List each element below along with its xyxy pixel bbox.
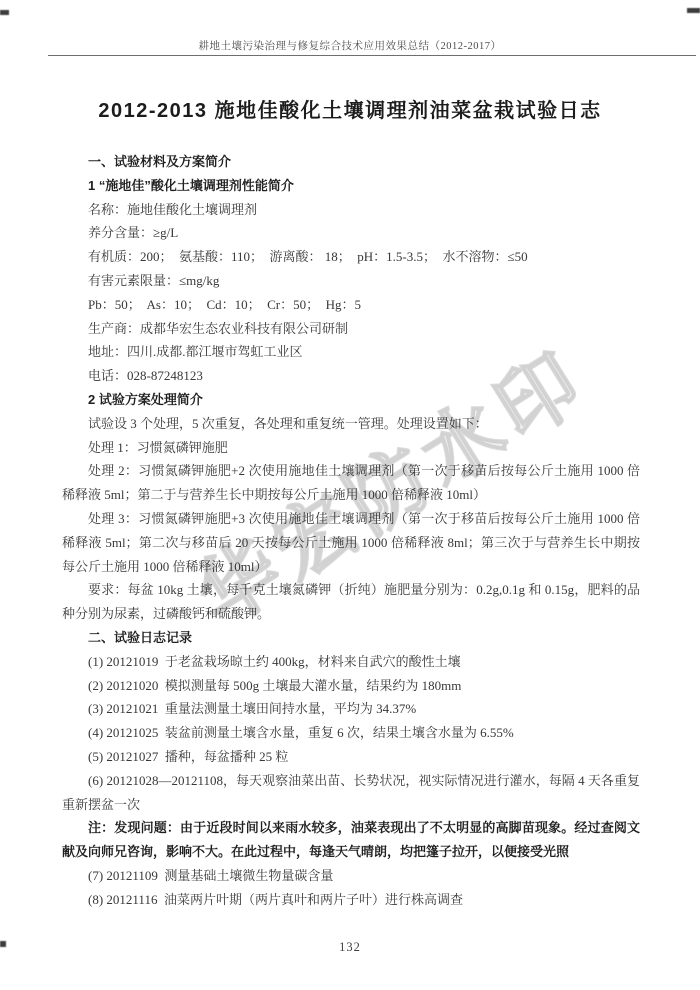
body-line-name: 名称：施地佳酸化土壤调理剂: [62, 198, 640, 222]
scan-artifact-top-right: [687, 8, 700, 13]
body-line-manufacturer: 生产商：成都华宏生态农业科技有限公司研制: [62, 317, 640, 341]
body-line-harmful-limit: 有害元素限量：≤mg/kg: [62, 269, 640, 293]
section-heading-log: 二、试验日志记录: [62, 626, 640, 650]
body-line-phone: 电话：028-87248123: [62, 364, 640, 388]
note-paragraph: 注：发现问题：由于近段时间以来雨水较多，油菜表现出了不太明显的高脚苗现象。经过查…: [62, 816, 640, 864]
plan-line-treatment-3: 处理 3：习惯氮磷钾施肥+3 次使用施地佳土壤调理剂（第一次于移苗后按每公斤土施…: [62, 507, 640, 578]
section-heading-materials: 一、试验材料及方案简介: [62, 150, 640, 174]
plan-line-overview: 试验设 3 个处理，5 次重复，各处理和重复统一管理。处理设置如下：: [62, 412, 640, 436]
body-line-nutrient-content: 养分含量：≥g/L: [62, 221, 640, 245]
subsection-heading-plan: 2 试验方案处理简介: [62, 388, 640, 412]
body-line-address: 地址：四川.成都.都江堰市驾虹工业区: [62, 340, 640, 364]
log-entry-7: (7) 20121109 测量基础土壤微生物量碳含量: [62, 864, 640, 888]
log-entry-5: (5) 20121027 播种，每盆播种 25 粒: [62, 745, 640, 769]
plan-line-requirements: 要求：每盆 10kg 土壤，每千克土壤氮磷钾（折纯）施肥量分别为：0.2g,0.…: [62, 578, 640, 626]
document-page: 华宏防水印 耕地土壤污染治理与修复综合技术应用效果总结（2012-2017） 2…: [0, 0, 700, 990]
plan-line-treatment-2: 处理 2：习惯氮磷钾施肥+2 次使用施地佳土壤调理剂（第一次于移苗后按每公斤土施…: [62, 459, 640, 507]
page-number: 132: [0, 940, 700, 955]
log-entry-8: (8) 20121116 油菜两片叶期（两片真叶和两片子叶）进行株高调查: [62, 888, 640, 912]
running-header: 耕地土壤污染治理与修复综合技术应用效果总结（2012-2017）: [0, 38, 700, 53]
scan-artifact-top-left: [0, 10, 9, 15]
doc-title: 2012-2013 施地佳酸化土壤调理剂油菜盆栽试验日志: [0, 94, 700, 123]
body-line-heavy-metals: Pb：50； As：10； Cd：10； Cr：50； Hg：5: [62, 293, 640, 317]
body-line-organic-matter: 有机质：200； 氨基酸：110； 游离酸： 18； pH：1.5-3.5； 水…: [62, 245, 640, 269]
log-entry-3: (3) 20121021 重量法测量土壤田间持水量，平均为 34.37%: [62, 697, 640, 721]
header-rule: [48, 55, 696, 56]
log-entry-1: (1) 20121019 于老盆栽场晾土约 400kg，材料来自武穴的酸性土壤: [62, 650, 640, 674]
log-entry-2: (2) 20121020 模拟测量每 500g 土壤最大灌水量，结果约为 180…: [62, 674, 640, 698]
document-body: 一、试验材料及方案简介 1 “施地佳”酸化土壤调理剂性能简介 名称：施地佳酸化土…: [62, 150, 640, 912]
plan-line-treatment-1: 处理 1：习惯氮磷钾施肥: [62, 436, 640, 460]
log-entry-4: (4) 20121025 装盆前测量土壤含水量，重复 6 次，结果土壤含水量为 …: [62, 721, 640, 745]
subsection-heading-product: 1 “施地佳”酸化土壤调理剂性能简介: [62, 174, 640, 198]
log-entry-6: (6) 20121028—20121108，每天观察油菜出苗、长势状况，视实际情…: [62, 769, 640, 817]
